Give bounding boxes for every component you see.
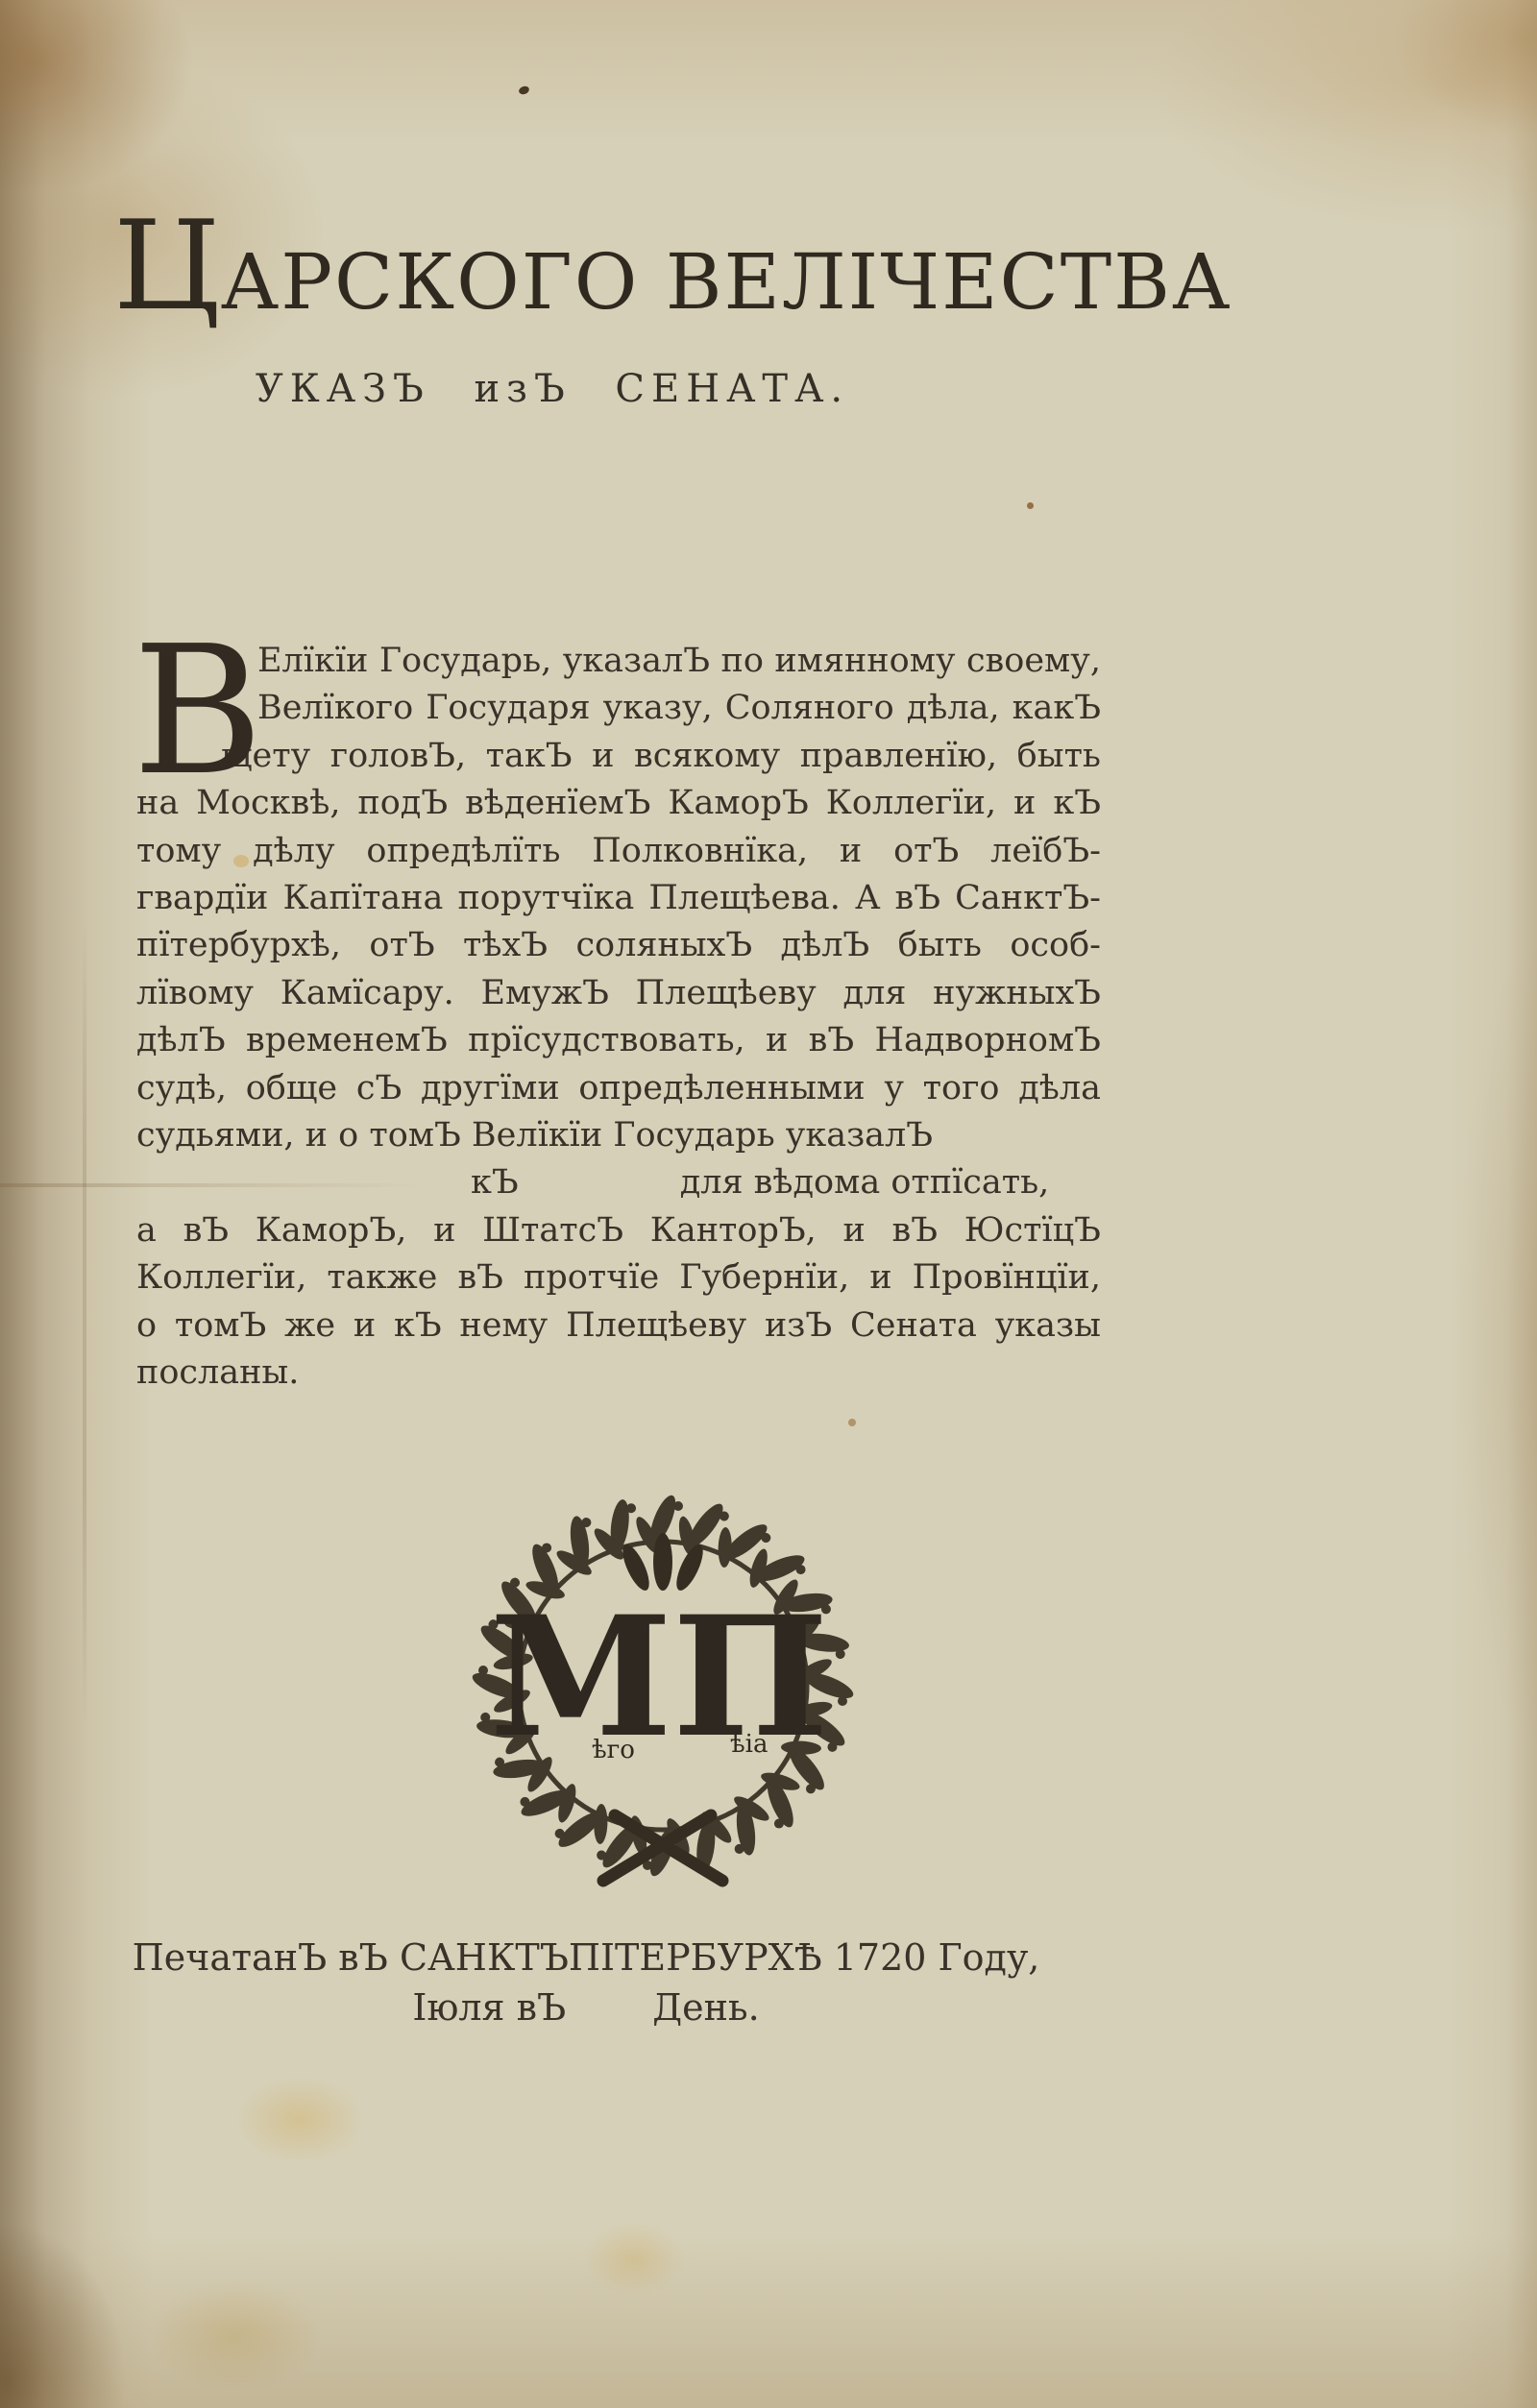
scanned-decree-page: ЦАРСКОГО ВЕЛІЧЕСТВА УКАЗЪ изЪ СЕНАТА. В … [0,0,1537,2408]
body-line: тому дѣлу опредѣлїть Полковнїка, и отЪ л… [136,828,1101,875]
title-rest: АРСКОГО ВЕЛІЧЕСТВА [221,237,1232,327]
imprint-line2: Іюля вЪ День. [91,1982,1081,2032]
page-subtitle: УКАЗЪ изЪ СЕНАТА. [67,367,1037,411]
body-line: дѣлЪ временемЪ прїсудствовать, и вЪ Надв… [136,1017,1101,1064]
body-line: судѣ, обще сЪ другїми опредѣленными у то… [136,1065,1101,1112]
body-line: Велїкого Государя указу, Соляного дѣла, … [136,685,1101,732]
body-line: щету головЪ, такЪ и всякому правленїю, б… [136,733,1101,780]
body-line: о томЪ же и кЪ нему Плещѣеву изЪ Сената … [136,1302,1101,1350]
body-line: а вЪ КаморЪ, и ШтатсЪ КанторЪ, и вЪ Юстї… [136,1207,1101,1254]
body-line: судьями, и о томЪ Велїкїи Государь указа… [136,1112,1101,1159]
monogram-small-left: ѣго [592,1736,635,1764]
imprint-line2-right: День. [652,1982,759,2032]
monogram-small-right: ѣіа [730,1730,768,1759]
body-line: посланы. [136,1350,1101,1397]
body-lines: Елїкїи Государь, указалЪ по имянному сво… [136,638,1101,1398]
body-line: на Москвѣ, подЪ вѣденїемЪ КаморЪ Коллегї… [136,780,1101,827]
imprint-line2-left: Іюля вЪ [412,1982,566,2032]
body-line: лївому Камїсару. ЕмужЪ Плещѣеву для нужн… [136,970,1101,1017]
paper-crease [83,922,86,1729]
drop-cap: В [133,622,263,800]
paper-stain [233,855,249,867]
body-line: гвардїи Капїтана порутчїка Плещѣева. А в… [136,875,1101,922]
paper-stain [518,85,530,95]
body-line: Елїкїи Государь, указалЪ по имянному сво… [136,638,1101,685]
body-text: В Елїкїи Государь, указалЪ по имянному с… [136,638,1101,1398]
monogram-text: МП [490,1579,829,1774]
page-title: ЦАРСКОГО ВЕЛІЧЕСТВА [113,206,1086,328]
paper-stain [848,1419,856,1426]
paper-stain [1027,502,1034,509]
imprint: ПечатанЪ вЪ САНКТЪПІТЕРБУРХѢ 1720 Году, … [91,1933,1081,2032]
day-blank-space [566,1982,652,2032]
body-line: Коллегїи, также вЪ протчїе Губернїи, и П… [136,1254,1101,1301]
title-initial: Ц [113,195,221,338]
body-line: пїтербурхѣ, отЪ тѣхЪ соляныхЪ дѣлЪ быть … [136,922,1101,969]
paper-crease [0,1183,423,1187]
wreath-emblem: МП ѣго ѣіа [459,1477,866,1894]
imprint-line1: ПечатанЪ вЪ САНКТЪПІТЕРБУРХѢ 1720 Году, [91,1933,1081,1982]
